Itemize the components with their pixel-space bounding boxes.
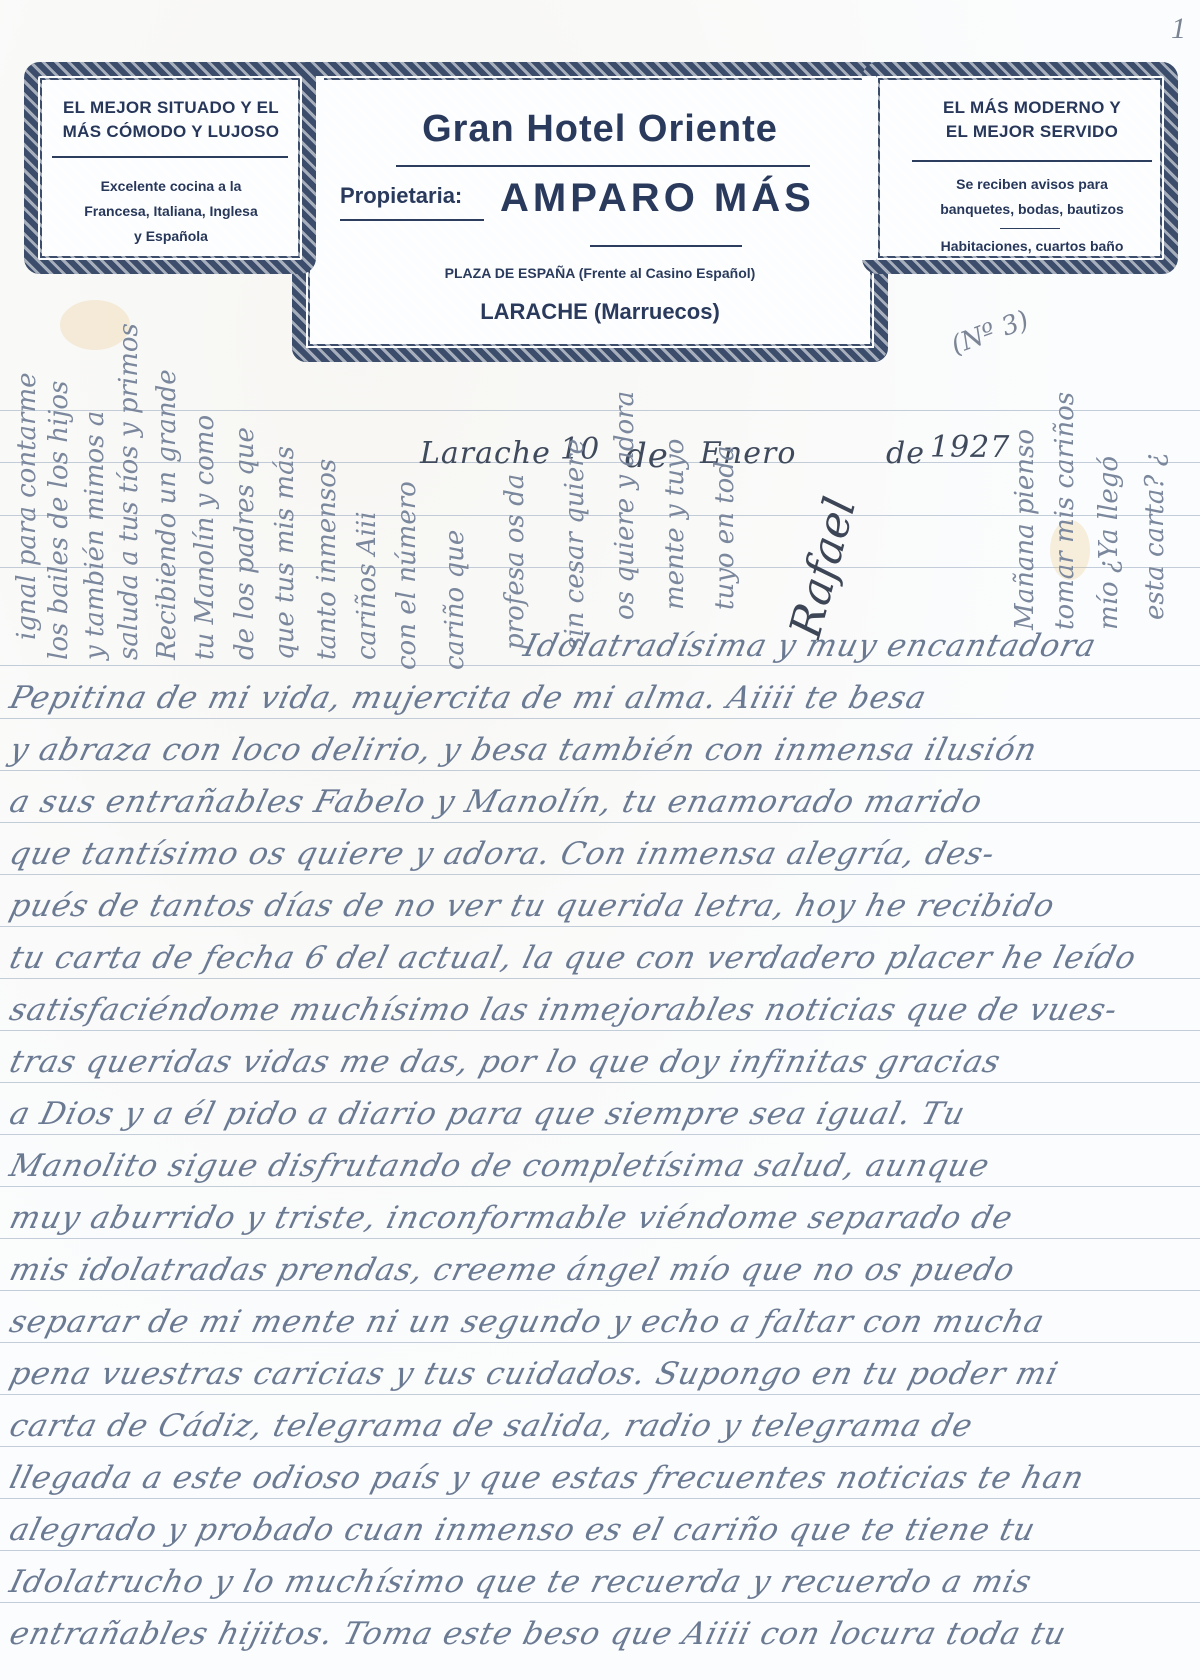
body-line: a Dios y a él pido a diario para que sie… — [6, 1096, 969, 1132]
divider — [396, 165, 810, 167]
hotel-city: LARACHE (Marruecos) — [330, 299, 870, 325]
divider — [1000, 228, 1060, 229]
body-line: llegada a este odioso país y que estas f… — [6, 1460, 1088, 1496]
body-line: entrañables hijitos. Toma este beso que … — [6, 1616, 1070, 1652]
body-line: Idolatrucho y lo muchísimo que te recuer… — [6, 1564, 1036, 1600]
body-line: Idolatradísima y muy encantadora — [520, 628, 1100, 664]
date-place: Larache — [420, 436, 551, 471]
body-line: alegrado y probado cuan inmenso es el ca… — [6, 1512, 1040, 1548]
left-panel-sub: Excelente cocina a la Francesa, Italiana… — [40, 174, 302, 249]
body-line: que tantísimo os quiere y adora. Con inm… — [6, 836, 999, 872]
body-line: Manolito sigue disfrutando de completísi… — [6, 1148, 994, 1184]
body-line: tu carta de fecha 6 del actual, la que c… — [6, 940, 1140, 976]
divider — [912, 160, 1152, 162]
right-panel-heading: EL MÁS MODERNO Y EL MEJOR SERVIDO — [900, 96, 1164, 144]
hotel-address: PLAZA DE ESPAÑA (Frente al Casino Españo… — [330, 265, 870, 281]
body-line: satisfaciéndome muchísimo las inmejorabl… — [6, 992, 1122, 1028]
owner-name: AMPARO MÁS — [500, 176, 880, 221]
hotel-title: Gran Hotel Oriente — [330, 108, 870, 151]
body-line: muy aburrido y triste, inconformable vié… — [6, 1200, 1017, 1236]
body-line: tras queridas vidas me das, por lo que d… — [6, 1044, 1005, 1080]
divider — [340, 219, 484, 221]
date-de: de — [886, 436, 925, 471]
body-line: mis idolatradas prendas, creeme ángel mí… — [6, 1252, 1019, 1288]
right-panel-rooms: Habitaciones, cuartos baño — [900, 234, 1164, 259]
page-number: 1 — [1171, 12, 1186, 46]
body-line: carta de Cádiz, telegrama de salida, rad… — [6, 1408, 977, 1444]
body-line: y abraza con loco delirio, y besa tambié… — [6, 732, 1041, 768]
body-line: pués de tantos días de no ver tu querida… — [6, 888, 1059, 924]
divider — [52, 156, 288, 158]
body-line: separar de mi mente ni un segundo y echo… — [6, 1304, 1048, 1340]
body-line: Pepitina de mi vida, mujercita de mi alm… — [6, 680, 930, 716]
date-year: 1927 — [930, 430, 1010, 465]
owner-label: Propietaria: — [340, 183, 470, 209]
divider — [590, 245, 742, 247]
right-panel-sub: Se reciben avisos para banquetes, bodas,… — [900, 172, 1164, 222]
body-line: a sus entrañables Fabelo y Manolín, tu e… — [6, 784, 986, 820]
left-panel-heading: EL MEJOR SITUADO Y EL MÁS CÓMODO Y LUJOS… — [40, 96, 302, 144]
body-line: pena vuestras caricias y tus cuidados. S… — [6, 1356, 1062, 1392]
